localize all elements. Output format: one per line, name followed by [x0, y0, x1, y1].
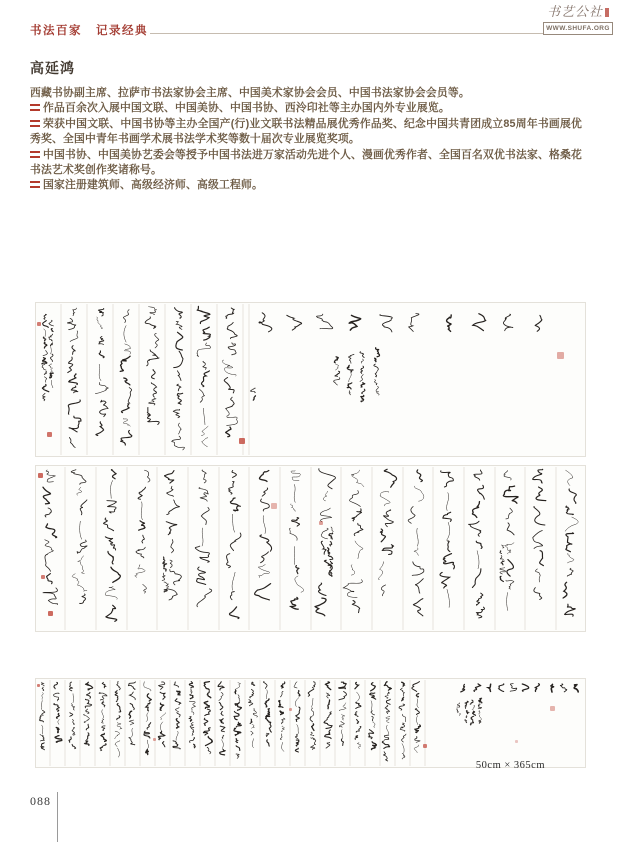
section-marker-icon — [30, 104, 40, 111]
artist-intro: 西藏书协副主席、拉萨市书法家协会主席、中国美术家协会会员、中国书法家协会会员等。 — [30, 86, 582, 101]
series-subtitle: 记录经典 — [96, 25, 148, 37]
series-header: 书法百家记录经典 — [30, 22, 148, 38]
achievement-text: 作品百余次入展中国文联、中国美协、中国书协、西泠印社等主办国内外专业展览。 — [43, 102, 450, 114]
artist-bio-section: 高延鸿 西藏书协副主席、拉萨市书法家协会主席、中国美术家协会会员、中国书法家协会… — [30, 58, 582, 194]
footer-divider — [57, 792, 58, 842]
achievement-item: 国家注册建筑师、高级经济师、高级工程师。 — [30, 178, 582, 193]
section-marker-icon — [30, 151, 40, 158]
achievement-text: 国家注册建筑师、高级经济师、高级工程师。 — [43, 179, 263, 191]
artist-name: 高延鸿 — [30, 58, 582, 78]
artwork-strip-1 — [35, 302, 586, 457]
section-marker-icon — [30, 181, 40, 188]
section-marker-icon — [30, 120, 40, 127]
artwork-dimensions-caption: 50cm × 365cm — [35, 760, 545, 771]
artist-intro-text: 西藏书协副主席、拉萨市书法家协会主席、中国美术家协会会员、中国书法家协会会员等。 — [30, 87, 470, 99]
seal-icon — [605, 8, 609, 17]
artwork-strip-3 — [35, 678, 586, 768]
achievement-text: 中国书协、中国美协艺委会等授予中国书法进万家活动先进个人、漫画优秀作者、全国百名… — [30, 149, 582, 176]
achievement-text: 荣获中国文联、中国书协等主办全国产(行)业文联书法精品展优秀作品奖、纪念中国共青… — [30, 118, 582, 145]
series-title: 书法百家 — [30, 25, 82, 37]
artwork-strip-2 — [35, 465, 586, 632]
achievement-item: 中国书协、中国美协艺委会等授予中国书法进万家活动先进个人、漫画优秀作者、全国百名… — [30, 148, 582, 179]
shufa-logo: 书艺公社 WWW.SHUFA.ORG — [543, 5, 613, 35]
logo-website: WWW.SHUFA.ORG — [543, 22, 613, 35]
magazine-page: 书法百家记录经典 书艺公社 WWW.SHUFA.ORG 高延鸿 西藏书协副主席、… — [0, 0, 620, 842]
achievement-item: 荣获中国文联、中国书协等主办全国产(行)业文联书法精品展优秀作品奖、纪念中国共青… — [30, 117, 582, 148]
page-number: 088 — [30, 794, 51, 809]
achievement-item: 作品百余次入展中国文联、中国美协、中国书协、西泠印社等主办国内外专业展览。 — [30, 101, 582, 116]
logo-brand-text: 书艺公社 — [547, 5, 603, 20]
